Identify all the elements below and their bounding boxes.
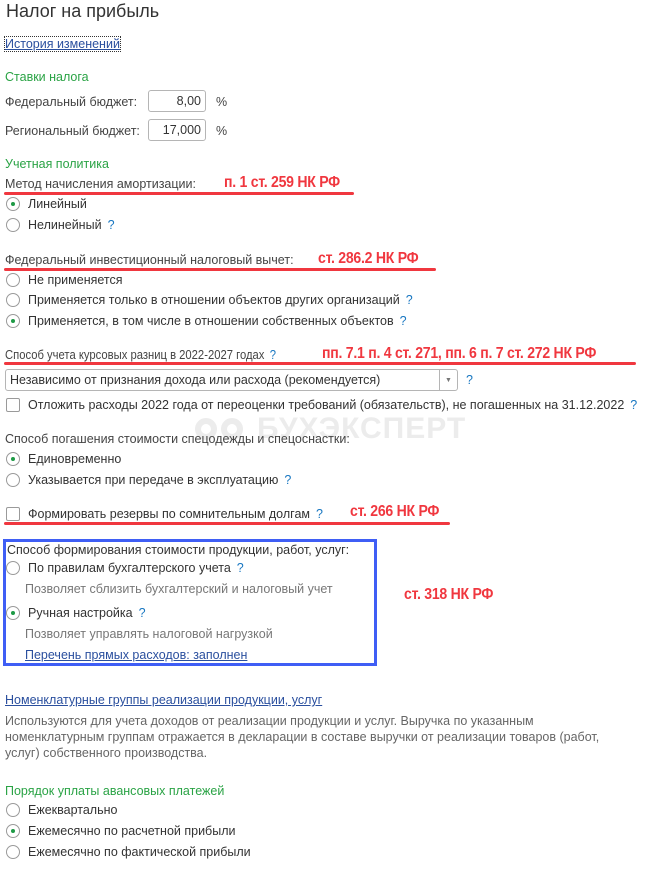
cost-accounting-rules-hint: Позволяет сблизить бухгалтерский и налог…	[25, 582, 333, 596]
radio-depreciation-nonlinear[interactable]: Нелинейный ?	[6, 218, 115, 232]
nomenclature-description: Используются для учета доходов от реализ…	[5, 713, 605, 761]
radio-advance-quarterly[interactable]: Ежеквартально	[6, 803, 117, 817]
checkbox-defer-expenses[interactable]: Отложить расходы 2022 года от переоценки…	[6, 398, 637, 412]
option-label: Единовременно	[28, 452, 121, 466]
help-icon[interactable]: ?	[108, 218, 115, 232]
help-icon[interactable]: ?	[237, 561, 244, 575]
option-label: Применяется, в том числе в отношении соб…	[28, 314, 394, 328]
radio-depreciation-linear[interactable]: Линейный	[6, 197, 87, 211]
help-icon[interactable]: ?	[270, 348, 276, 362]
exchange-differences-label-text: Способ учета курсовых разниц в 2022-2027…	[5, 348, 264, 362]
radio-workwear-onetime[interactable]: Единовременно	[6, 452, 121, 466]
radio-button[interactable]	[6, 824, 20, 838]
page-title: Налог на прибыль	[6, 1, 159, 22]
radio-button[interactable]	[6, 803, 20, 817]
direct-costs-link[interactable]: Перечень прямых расходов: заполнен	[25, 648, 247, 662]
workwear-label: Способ погашения стоимости спецодежды и …	[5, 432, 350, 446]
radio-button[interactable]	[6, 218, 20, 232]
regional-budget-label: Региональный бюджет:	[5, 124, 140, 138]
radio-button[interactable]	[6, 197, 20, 211]
federal-budget-label: Федеральный бюджет:	[5, 95, 137, 109]
option-label: Нелинейный	[28, 218, 102, 232]
radio-button[interactable]	[6, 845, 20, 859]
radio-workwear-on-transfer[interactable]: Указывается при передаче в эксплуатацию …	[6, 473, 291, 487]
help-icon[interactable]: ?	[406, 293, 413, 307]
radio-button[interactable]	[6, 273, 20, 287]
option-label: Ежемесячно по фактической прибыли	[28, 845, 251, 859]
help-icon[interactable]: ?	[316, 507, 323, 521]
depreciation-label: Метод начисления амортизации:	[5, 177, 196, 191]
radio-advance-monthly-estimated[interactable]: Ежемесячно по расчетной прибыли	[6, 824, 235, 838]
checkbox[interactable]	[6, 507, 20, 521]
help-icon[interactable]: ?	[400, 314, 407, 328]
exchange-differences-underline	[4, 362, 636, 365]
investment-deduction-label: Федеральный инвестиционный налоговый выч…	[5, 253, 294, 267]
help-icon[interactable]: ?	[630, 398, 637, 412]
radio-deduction-other-orgs[interactable]: Применяется только в отношении объектов …	[6, 293, 413, 307]
radio-button[interactable]	[6, 314, 20, 328]
radio-deduction-not-applied[interactable]: Не применяется	[6, 273, 123, 287]
exchange-differences-annotation: пп. 7.1 п. 4 ст. 271, пп. 6 п. 7 ст. 272…	[322, 345, 596, 363]
radio-button[interactable]	[6, 293, 20, 307]
federal-rate-unit: %	[216, 95, 227, 109]
help-icon[interactable]: ?	[139, 606, 146, 620]
policy-group-title: Учетная политика	[5, 157, 109, 171]
option-label: Указывается при передаче в эксплуатацию	[28, 473, 278, 487]
history-link[interactable]: История изменений	[5, 37, 120, 51]
reserves-underline	[4, 522, 450, 525]
advance-payments-group-title: Порядок уплаты авансовых платежей	[5, 784, 224, 798]
cost-manual-hint: Позволяет управлять налоговой нагрузкой	[25, 627, 273, 641]
checkbox-doubtful-debts-reserve[interactable]: Формировать резервы по сомнительным долг…	[6, 507, 323, 521]
nomenclature-groups-link[interactable]: Номенклатурные группы реализации продукц…	[5, 693, 322, 707]
checkbox-label: Формировать резервы по сомнительным долг…	[28, 507, 310, 521]
radio-button[interactable]	[6, 606, 20, 620]
option-label: Ежеквартально	[28, 803, 117, 817]
radio-button[interactable]	[6, 561, 20, 575]
radio-cost-manual[interactable]: Ручная настройка ?	[6, 606, 146, 620]
radio-button[interactable]	[6, 473, 20, 487]
cost-method-label: Способ формирования стоимости продукции,…	[7, 543, 349, 557]
option-label: По правилам бухгалтерского учета	[28, 561, 231, 575]
depreciation-annotation: п. 1 ст. 259 НК РФ	[224, 174, 340, 192]
radio-deduction-own-objects[interactable]: Применяется, в том числе в отношении соб…	[6, 314, 407, 328]
cost-method-highlight-box	[3, 539, 377, 666]
reserves-annotation: ст. 266 НК РФ	[350, 503, 439, 521]
exchange-differences-label: Способ учета курсовых разниц в 2022-2027…	[5, 348, 276, 362]
help-icon[interactable]: ?	[284, 473, 291, 487]
regional-rate-field[interactable]: 17,000	[148, 119, 206, 141]
option-label: Не применяется	[28, 273, 123, 287]
option-label: Применяется только в отношении объектов …	[28, 293, 400, 307]
checkbox-label: Отложить расходы 2022 года от переоценки…	[28, 398, 624, 412]
radio-advance-monthly-actual[interactable]: Ежемесячно по фактической прибыли	[6, 845, 251, 859]
cost-method-annotation: ст. 318 НК РФ	[404, 586, 493, 604]
depreciation-underline	[4, 192, 354, 195]
exchange-differences-select[interactable]: Независимо от признания дохода или расхо…	[5, 369, 458, 391]
rates-group-title: Ставки налога	[5, 70, 89, 84]
option-label: Ежемесячно по расчетной прибыли	[28, 824, 235, 838]
help-icon[interactable]: ?	[466, 373, 473, 387]
option-label: Линейный	[28, 197, 87, 211]
option-label: Ручная настройка	[28, 606, 133, 620]
investment-deduction-underline	[4, 268, 436, 271]
radio-button[interactable]	[6, 452, 20, 466]
select-value: Независимо от признания дохода или расхо…	[10, 373, 380, 387]
investment-deduction-annotation: ст. 286.2 НК РФ	[318, 250, 418, 268]
dropdown-arrow-icon[interactable]: ▼	[439, 370, 457, 390]
regional-rate-unit: %	[216, 124, 227, 138]
checkbox[interactable]	[6, 398, 20, 412]
radio-cost-accounting-rules[interactable]: По правилам бухгалтерского учета ?	[6, 561, 244, 575]
federal-rate-field[interactable]: 8,00	[148, 90, 206, 112]
